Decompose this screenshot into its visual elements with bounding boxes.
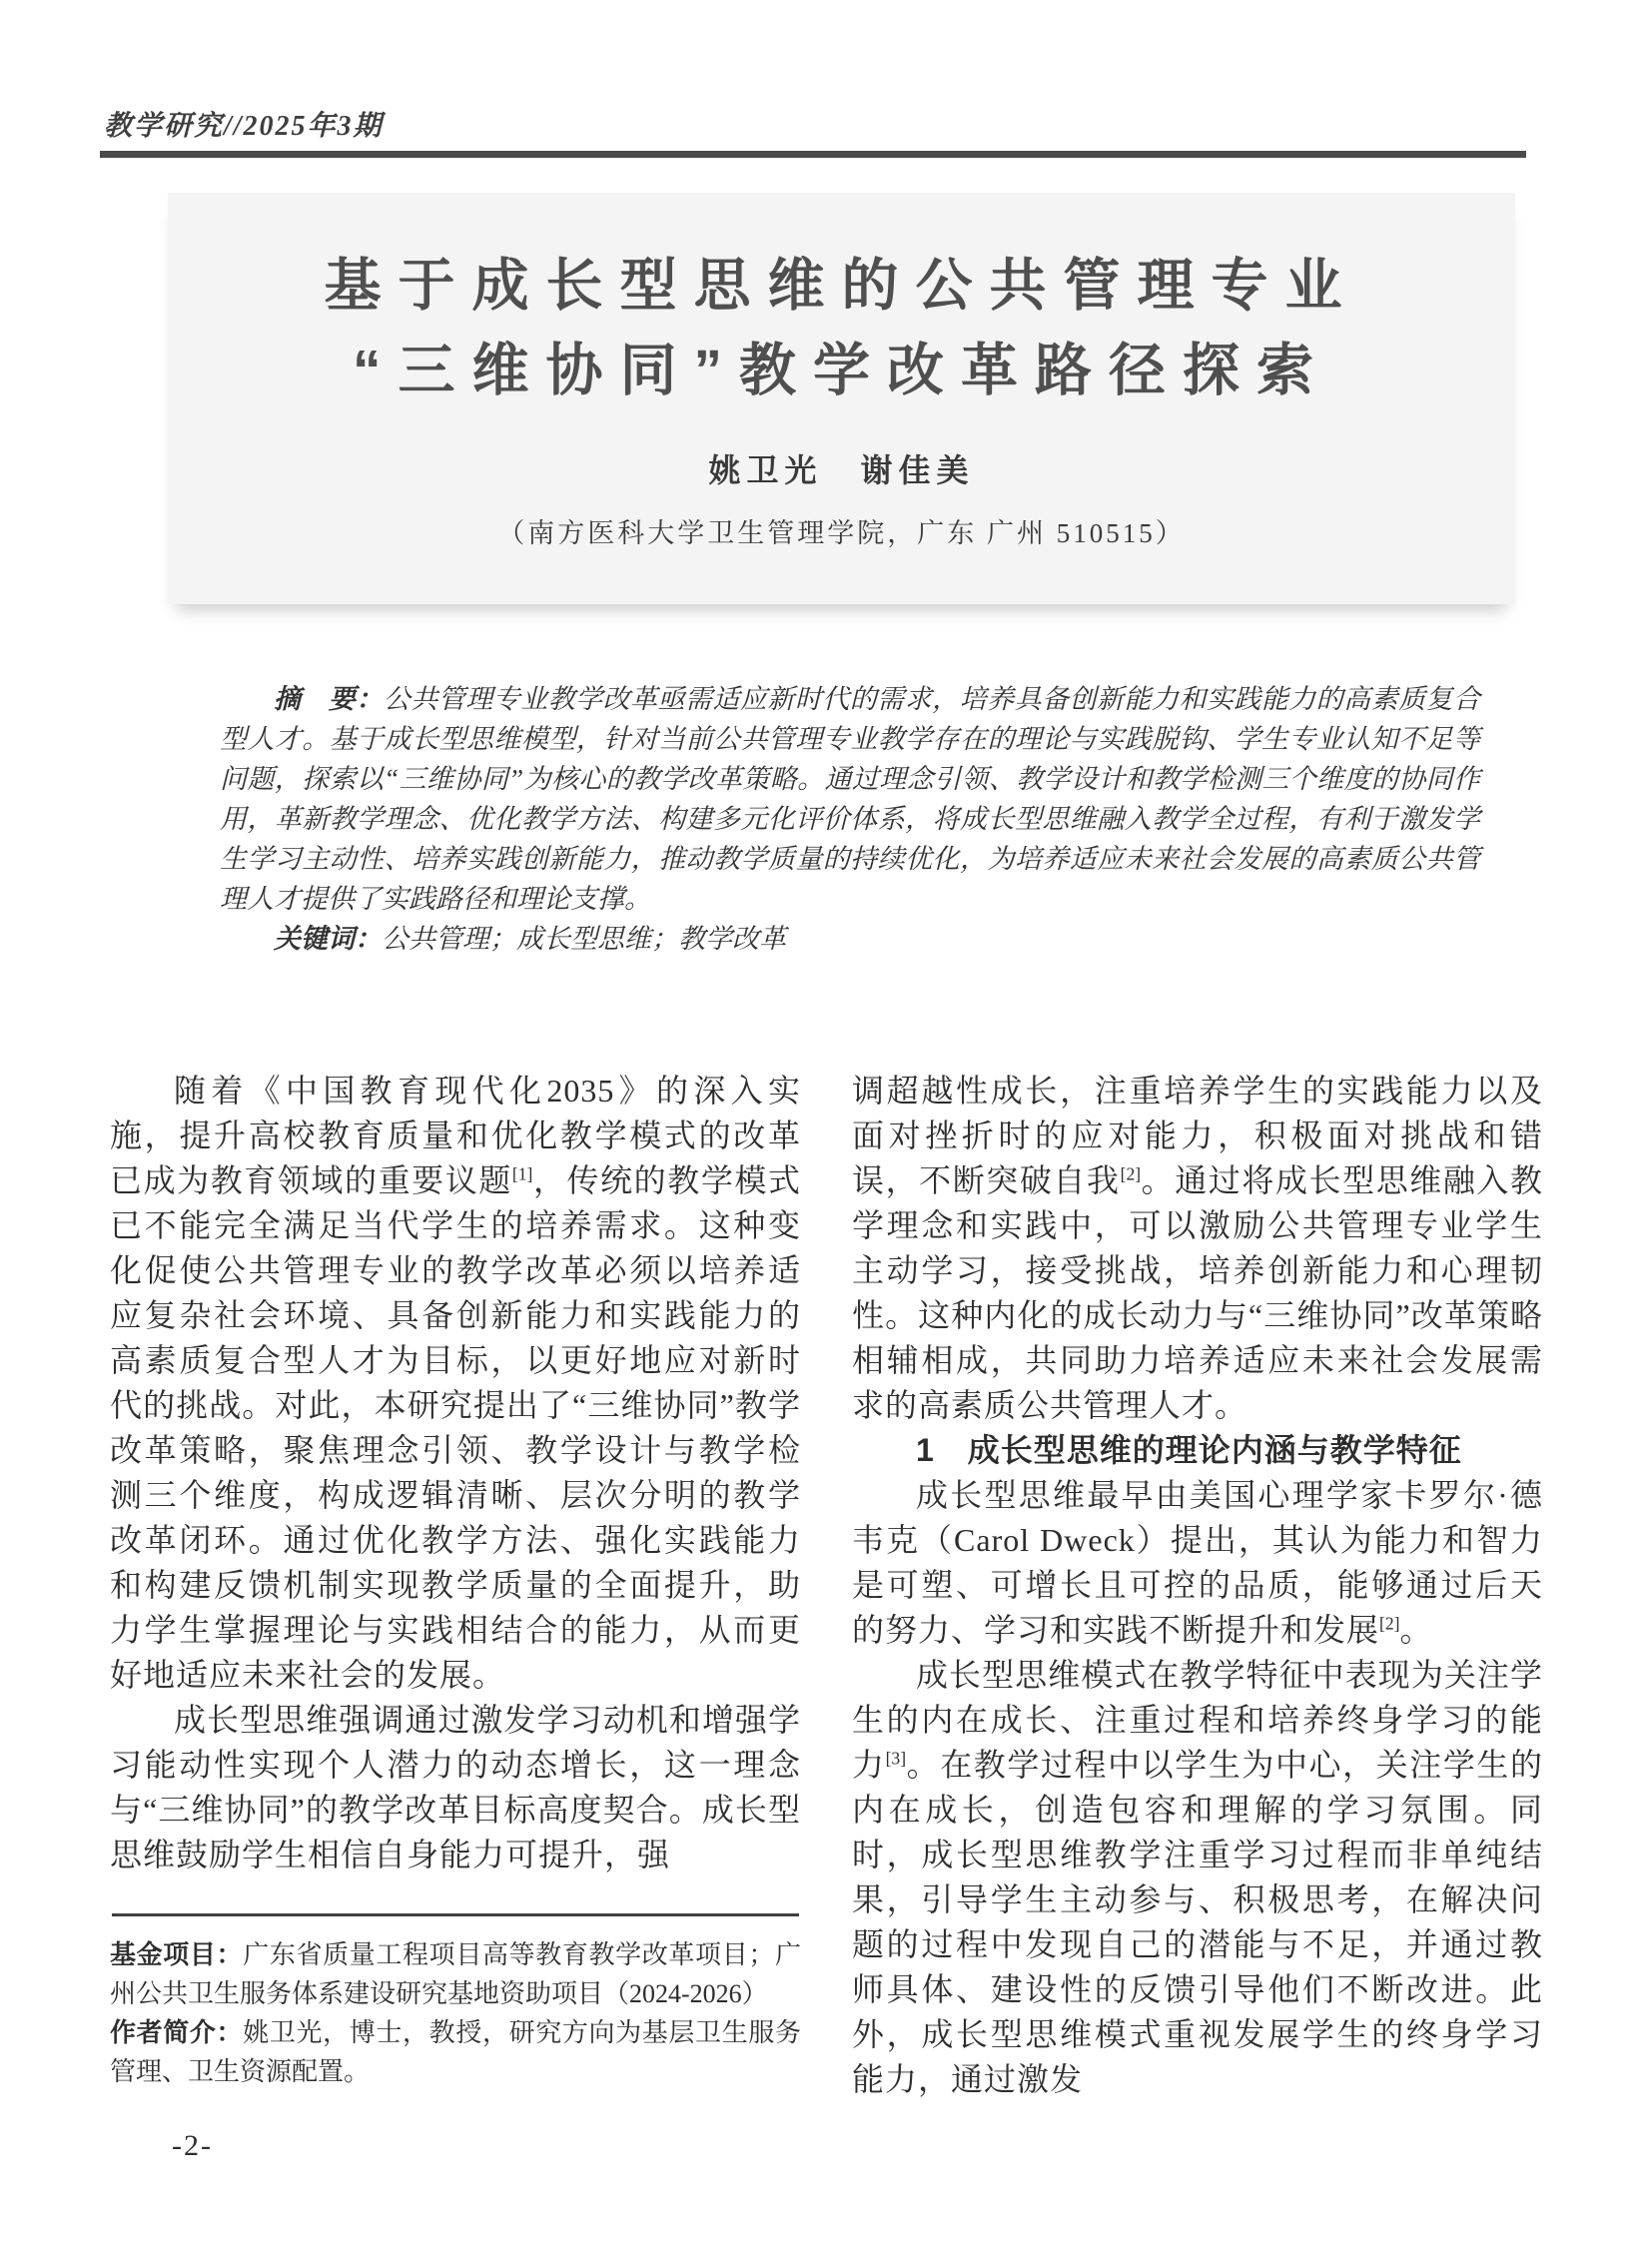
author-bio-label: 作者简介： xyxy=(110,2017,243,2047)
section-heading-1: 1 成长型思维的理论内涵与教学特征 xyxy=(852,1428,1543,1473)
footnote-rule xyxy=(112,1913,799,1916)
reference-marker-4: [3] xyxy=(886,1748,907,1768)
paragraph-growth-mindset: 成长型思维强调通过激发学习动机和增强学习能动性实现个人潜力的动态增长，这一理念与… xyxy=(110,1698,801,1877)
authors: 姚卫光 谢佳美 xyxy=(168,445,1515,491)
keywords-label: 关键词： xyxy=(274,924,382,954)
keywords-text: 公共管理；成长型思维；教学改革 xyxy=(382,924,786,954)
paragraph-text: 成长型思维最早由美国心理学家卡罗尔·德韦克（Carol Dweck）提出，其认为… xyxy=(852,1477,1543,1648)
paragraph-teaching-features: 成长型思维模式在教学特征中表现为关注学生的内在成长、注重过程和培养终身学习的能力… xyxy=(852,1653,1543,2097)
reference-marker-3: [2] xyxy=(1379,1613,1400,1633)
article-title-line-2: “三维协同”教学改革路径探索 xyxy=(168,340,1515,402)
paragraph-text: 。 xyxy=(1400,1612,1433,1648)
abstract-paragraph: 摘 要：公共管理专业教学改革亟需适应新时代的需求，培养具备创新能力和实践能力的高… xyxy=(220,679,1480,919)
keywords-line: 关键词：公共管理；成长型思维；教学改革 xyxy=(220,919,1480,959)
abstract-section: 摘 要：公共管理专业教学改革亟需适应新时代的需求，培养具备创新能力和实践能力的高… xyxy=(220,679,1480,959)
article-title-line-1: 基于成长型思维的公共管理专业 xyxy=(168,193,1515,318)
reference-marker-1: [1] xyxy=(512,1163,533,1183)
paragraph-dweck: 成长型思维最早由美国心理学家卡罗尔·德韦克（Carol Dweck）提出，其认为… xyxy=(852,1473,1543,1653)
title-box: 基于成长型思维的公共管理专业 “三维协同”教学改革路径探索 姚卫光 谢佳美 （南… xyxy=(168,193,1515,604)
paragraph-text: ，传统的教学模式已不能完全满足当代学生的培养需求。这种变化促使公共管理专业的教学… xyxy=(110,1162,801,1693)
abstract-text: 公共管理专业教学改革亟需适应新时代的需求，培养具备创新能力和实践能力的高素质复合… xyxy=(220,684,1480,914)
paragraph-text: 。在教学过程中以学生为中心，关注学生的内在成长，创造包容和理解的学习氛围。同时，… xyxy=(852,1747,1543,2097)
fund-project-line: 基金项目：广东省质量工程项目高等教育教学改革项目；广州公共卫生服务体系建设研究基… xyxy=(110,1935,801,2013)
right-column: 调超越性成长，注重培养学生的实践能力以及面对挫折时的应对能力，积极面对挑战和错误… xyxy=(852,1069,1543,2097)
abstract-label: 摘 要： xyxy=(274,684,384,714)
reference-marker-2: [2] xyxy=(1121,1163,1142,1183)
fund-project-label: 基金项目： xyxy=(110,1939,243,1969)
paragraph-intro: 随着《中国教育现代化2035》的深入实施，提升高校教育质量和优化教学模式的改革已… xyxy=(110,1069,801,1698)
page-number: -2- xyxy=(172,2129,213,2163)
paragraph-text: 。通过将成长型思维融入教学理念和实践中，可以激励公共管理专业学生主动学习，接受挑… xyxy=(852,1162,1543,1423)
left-column: 随着《中国教育现代化2035》的深入实施，提升高校教育质量和优化教学模式的改革已… xyxy=(110,1069,801,1897)
footnote-section: 基金项目：广东省质量工程项目高等教育教学改革项目；广州公共卫生服务体系建设研究基… xyxy=(110,1935,801,2091)
journal-header: 教学研究//2025年3期 xyxy=(104,104,384,144)
header-rule xyxy=(100,151,1526,158)
author-bio-line: 作者简介：姚卫光，博士，教授，研究方向为基层卫生服务管理、卫生资源配置。 xyxy=(110,2013,801,2091)
paragraph-continued: 调超越性成长，注重培养学生的实践能力以及面对挫折时的应对能力，积极面对挑战和错误… xyxy=(852,1069,1543,1428)
journal-page: 教学研究//2025年3期 基于成长型思维的公共管理专业 “三维协同”教学改革路… xyxy=(0,0,1652,2242)
affiliation: （南方医科大学卫生管理学院，广东 广州 510515） xyxy=(168,511,1515,550)
